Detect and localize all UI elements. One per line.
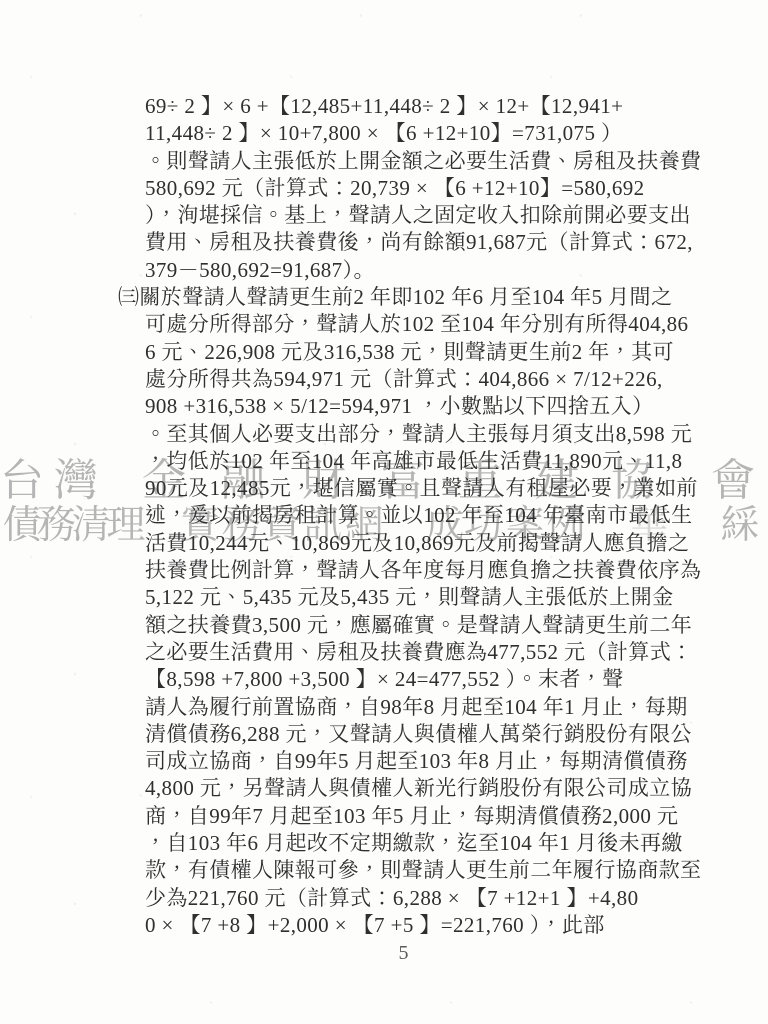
watermark-char: 會 [711,459,755,503]
text-line: ，均低於102 年至104 年高雄市最低生活費11,890元、11,8 [145,448,690,475]
text-line: 0 × 【7 +8 】+2,000 × 【7 +5 】=221,760 ），此部 [145,912,690,939]
text-line: 款，有債權人陳報可參，則聲請人更生前二年履行協商款至 [145,857,690,884]
text-line: 908 +316,538 × 5/12=594,971 ，小數點以下四捨五入） [145,393,690,420]
text-line: 580,692 元（計算式：20,739 × 【6 +12+10】=580,69… [145,175,690,202]
text-line: 。至其個人必要支出部分，聲請人主張每月須支出8,598 元 [145,421,690,448]
text-line: ，自103 年6 月起改不定期繳款，迄至104 年1 月後未再繳 [145,830,690,857]
text-line: 扶養費比例計算，聲請人各年度每月應負擔之扶養費依序為 [145,557,690,584]
text-line: 司成立協商，自99年5 月起至103 年8 月止，每期清償債務 [145,748,690,775]
text-line: 商，自99年7 月起至103 年5 月止，每期清償債務2,000 元 [145,803,690,830]
document-page: 台灣金融財富重建協會債務清理實務資訊網成功案例華綵 69÷ 2 】× 6 +【1… [0,0,768,1024]
text-line: 費用、房租及扶養費後，尚有餘額91,687元（計算式：672, [145,229,690,256]
watermark-char: 綵 [721,506,760,545]
text-line: 額之扶養費3,500 元，應屬確實。是聲請人聲請更生前二年 [145,612,690,639]
text-line: 述，爰以前揭房租計算。並以102 年至104 年臺南市最低生 [145,502,690,529]
body-text: 69÷ 2 】× 6 +【12,485+11,448÷ 2 】× 12+【12,… [145,93,690,939]
text-line: 5,122 元、5,435 元及5,435 元，則聲請人主張低於上開金 [145,584,690,611]
watermark-char: 務 [37,506,76,545]
text-line: 可處分所得部分，聲請人於102 至104 年分別有所得404,86 [145,311,690,338]
page-number: 5 [399,942,410,965]
text-line: 處分所得共為594,971 元（計算式：404,866 × 7/12+226, [145,366,690,393]
text-line: 90元及12,485元，堪信屬實。且聲請人有租屋必要，業如前 [145,475,690,502]
watermark-char: 清 [72,506,111,545]
text-line: 6 元、226,908 元及316,538 元，則聲請更生前2 年，其可 [145,339,690,366]
text-line: ），洵堪採信。基上，聲請人之固定收入扣除前開必要支出 [145,202,690,229]
text-line: ㈢關於聲請人聲請更生前2 年即102 年6 月至104 年5 月間之 [118,284,690,311]
text-line: 清償債務6,288 元，又聲請人與債權人萬榮行銷股份有限公 [145,721,690,748]
text-line: 。則聲請人主張低於上開金額之必要生活費、房租及扶養費 [145,148,690,175]
text-line: 69÷ 2 】× 6 +【12,485+11,448÷ 2 】× 12+【12,… [145,93,690,120]
text-line: 11,448÷ 2 】× 10+7,800 × 【6 +12+10】=731,0… [145,120,690,147]
text-line: 少為221,760 元（計算式：6,288 × 【7 +12+1 】+4,80 [145,885,690,912]
text-line: 之必要生活費用、房租及扶養費應為477,552 元（計算式： [145,639,690,666]
text-line: 4,800 元，另聲請人與債權人新光行銷股份有限公司成立協 [145,775,690,802]
watermark-char: 債 [3,506,42,545]
watermark-char: 理 [107,506,146,545]
watermark-char: 台 [0,459,44,503]
text-line: 活費10,244元、10,869元及10,869元及前揭聲請人應負擔之 [145,530,690,557]
text-line: 【8,598 +7,800 +3,500 】× 24=477,552 ）。末者，… [145,666,690,693]
text-line: 請人為履行前置協商，自98年8 月起至104 年1 月止，每期 [145,694,690,721]
watermark-char: 灣 [54,459,98,503]
text-line: 379－580,692=91,687）。 [145,257,690,284]
